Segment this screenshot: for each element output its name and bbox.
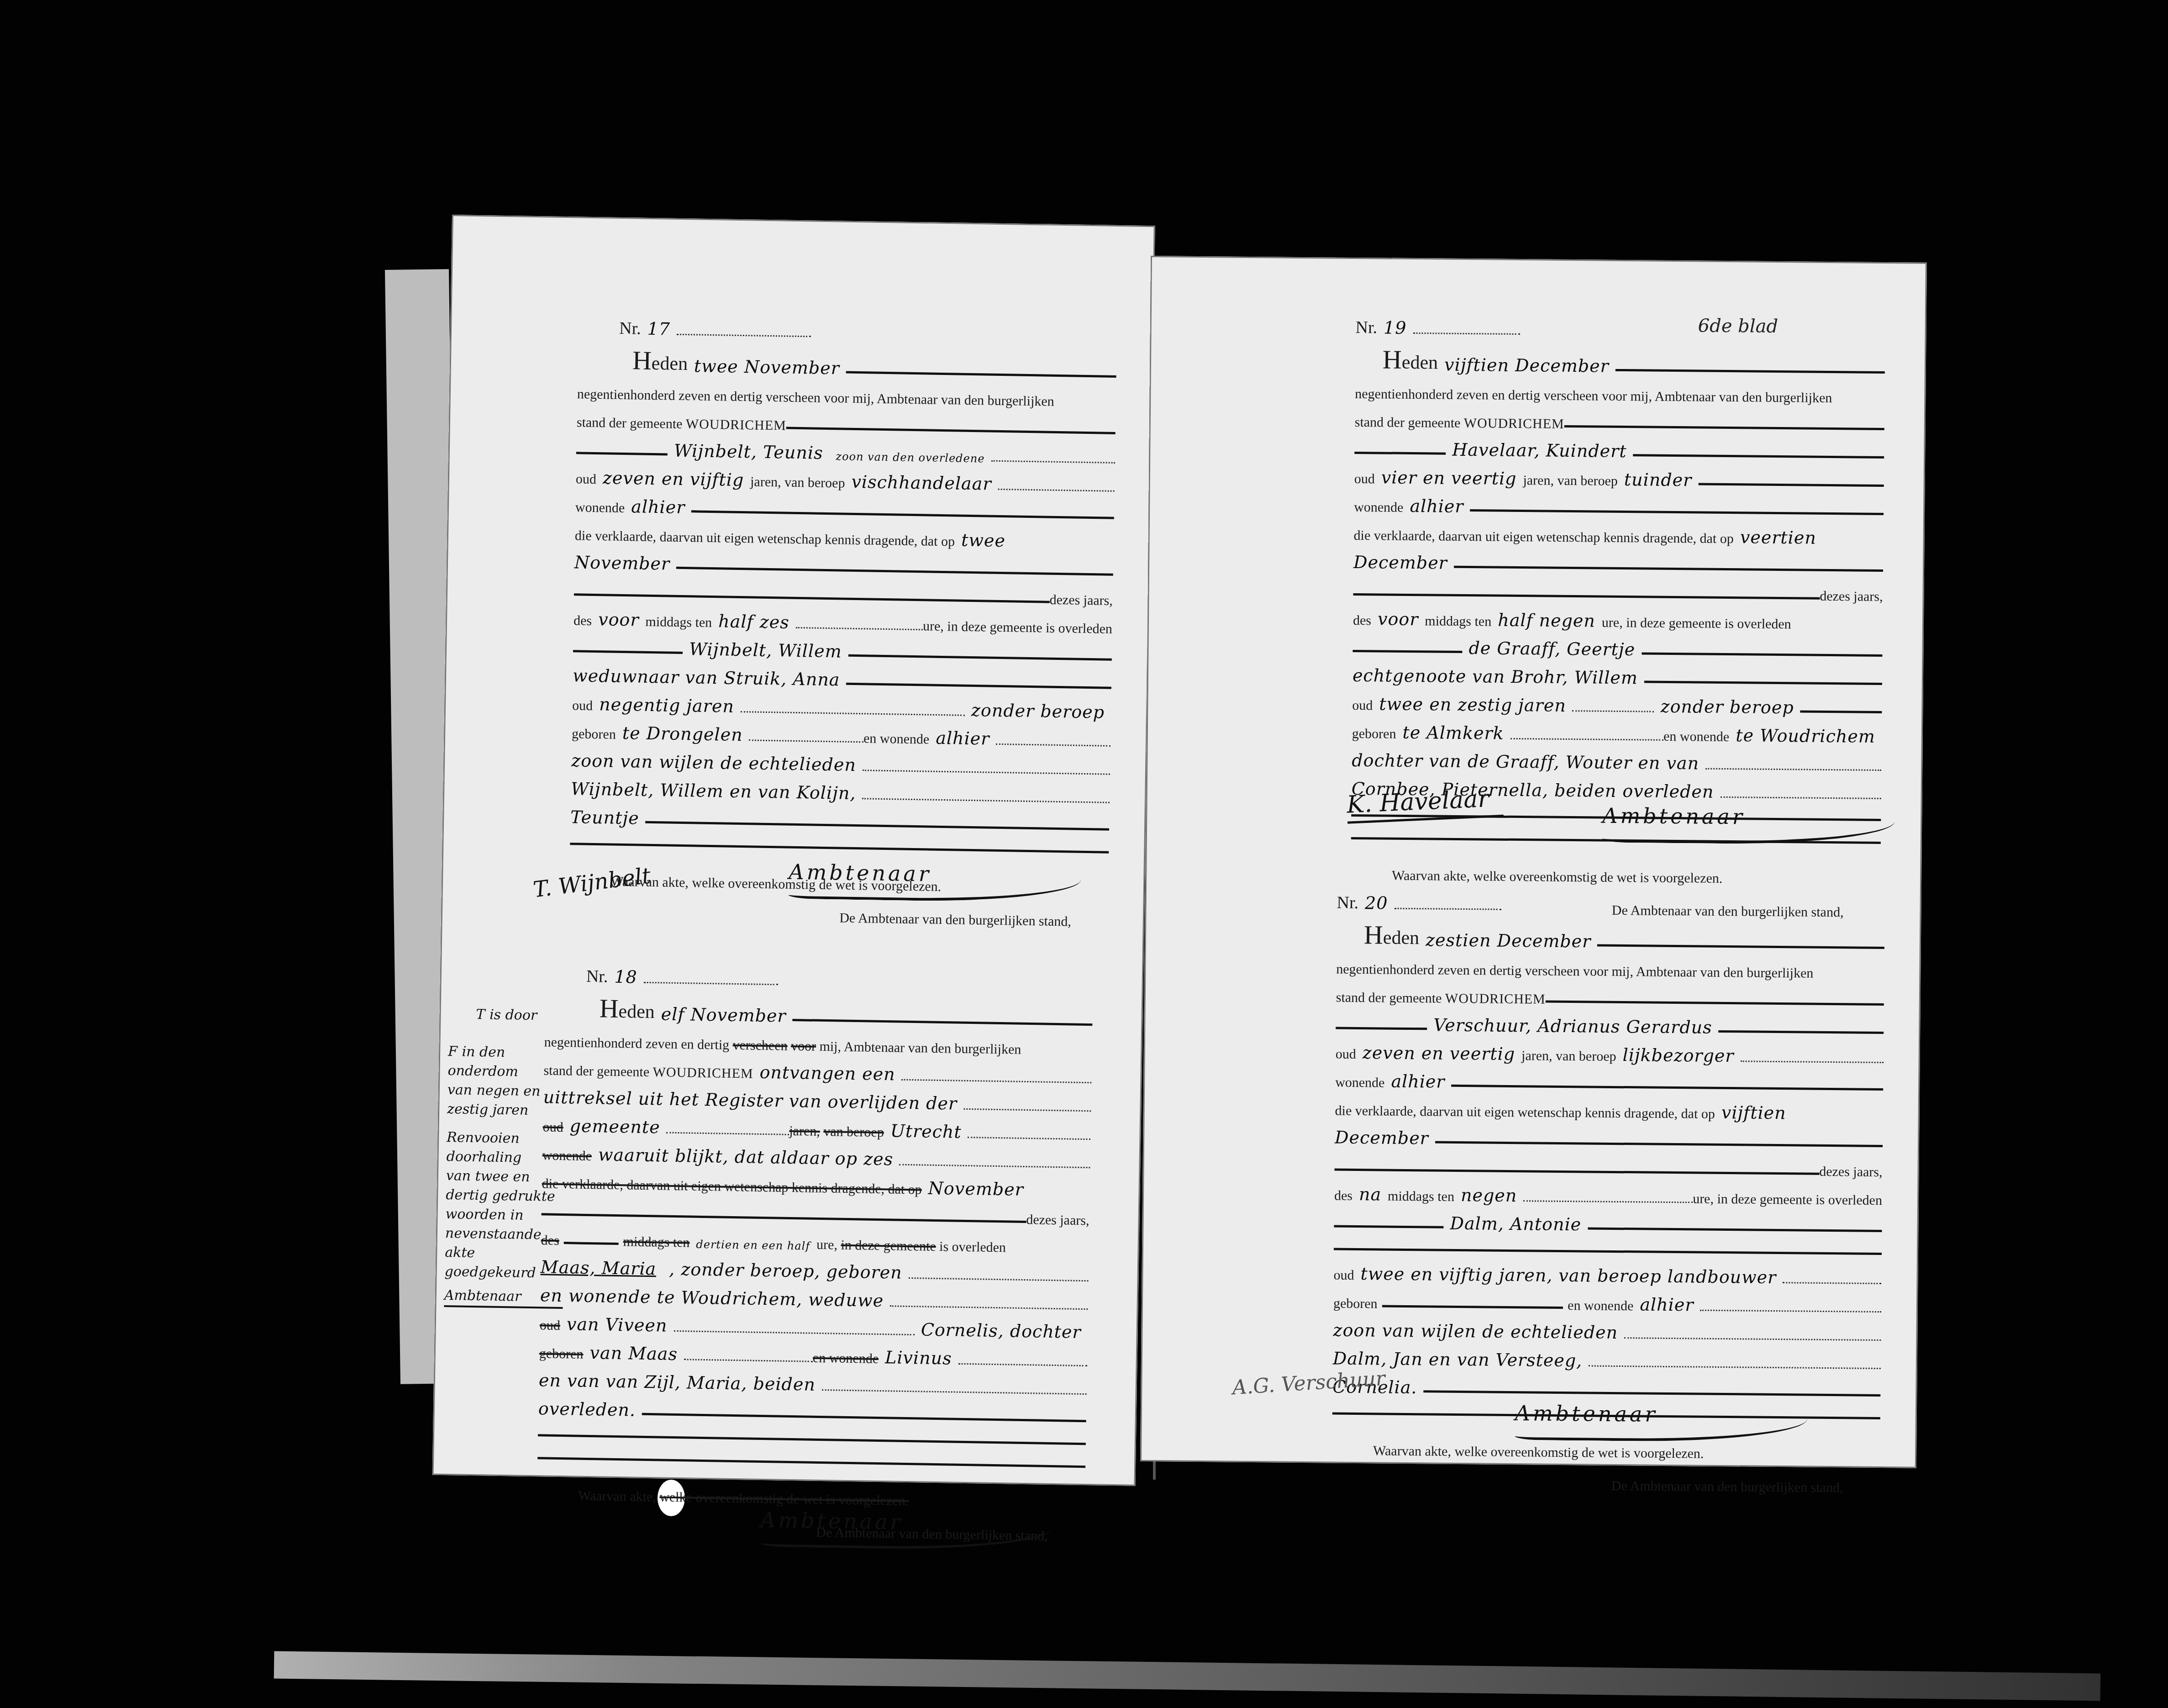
register-page-right: 6de blad Nr. 19 Heden vijftien December … xyxy=(1140,256,1927,1468)
declarant-name: Wijnbelt, Teunis xyxy=(674,442,823,462)
deceased-name: Dalm, Antonie xyxy=(1450,1215,1581,1234)
declarant-name: Verschuur, Adrianus Gerardus xyxy=(1433,1016,1712,1036)
municipality: WOUDRICHEM xyxy=(686,417,786,432)
record-date: zestien December xyxy=(1426,931,1591,950)
register-page-left: Nr. 17 Heden twee November negentienhond… xyxy=(432,215,1155,1486)
record-17: Nr. 17 Heden twee November negentienhond… xyxy=(569,308,1117,929)
deceased-name: Wijnbelt, Willem xyxy=(689,640,842,660)
deceased-name: de Graaff, Geertje xyxy=(1468,639,1635,658)
declarant-name: Havelaar, Kuindert xyxy=(1452,441,1627,460)
margin-note-age-correction: T is door F in den onderdom van negen en… xyxy=(447,1005,549,1120)
record-date: twee November xyxy=(694,357,840,377)
margin-note-renvooi: Renvooien doorhaling van twee en dertig … xyxy=(444,1128,556,1309)
record-number: 17 xyxy=(647,320,670,338)
record-date: vijftien December xyxy=(1444,356,1609,375)
record-number: 19 xyxy=(1384,319,1407,336)
deceased-name: Maas, Maria xyxy=(541,1258,657,1277)
margin-signature: Ambtenaar xyxy=(444,1286,563,1309)
record-number: 18 xyxy=(614,968,637,986)
declarant-signature-19: K. Havelaar xyxy=(1346,785,1504,824)
record-date: elf November xyxy=(661,1005,786,1024)
record-18: Nr. 18 Heden elf November negentienhonde… xyxy=(537,956,1094,1544)
record-number: 20 xyxy=(1365,894,1388,912)
